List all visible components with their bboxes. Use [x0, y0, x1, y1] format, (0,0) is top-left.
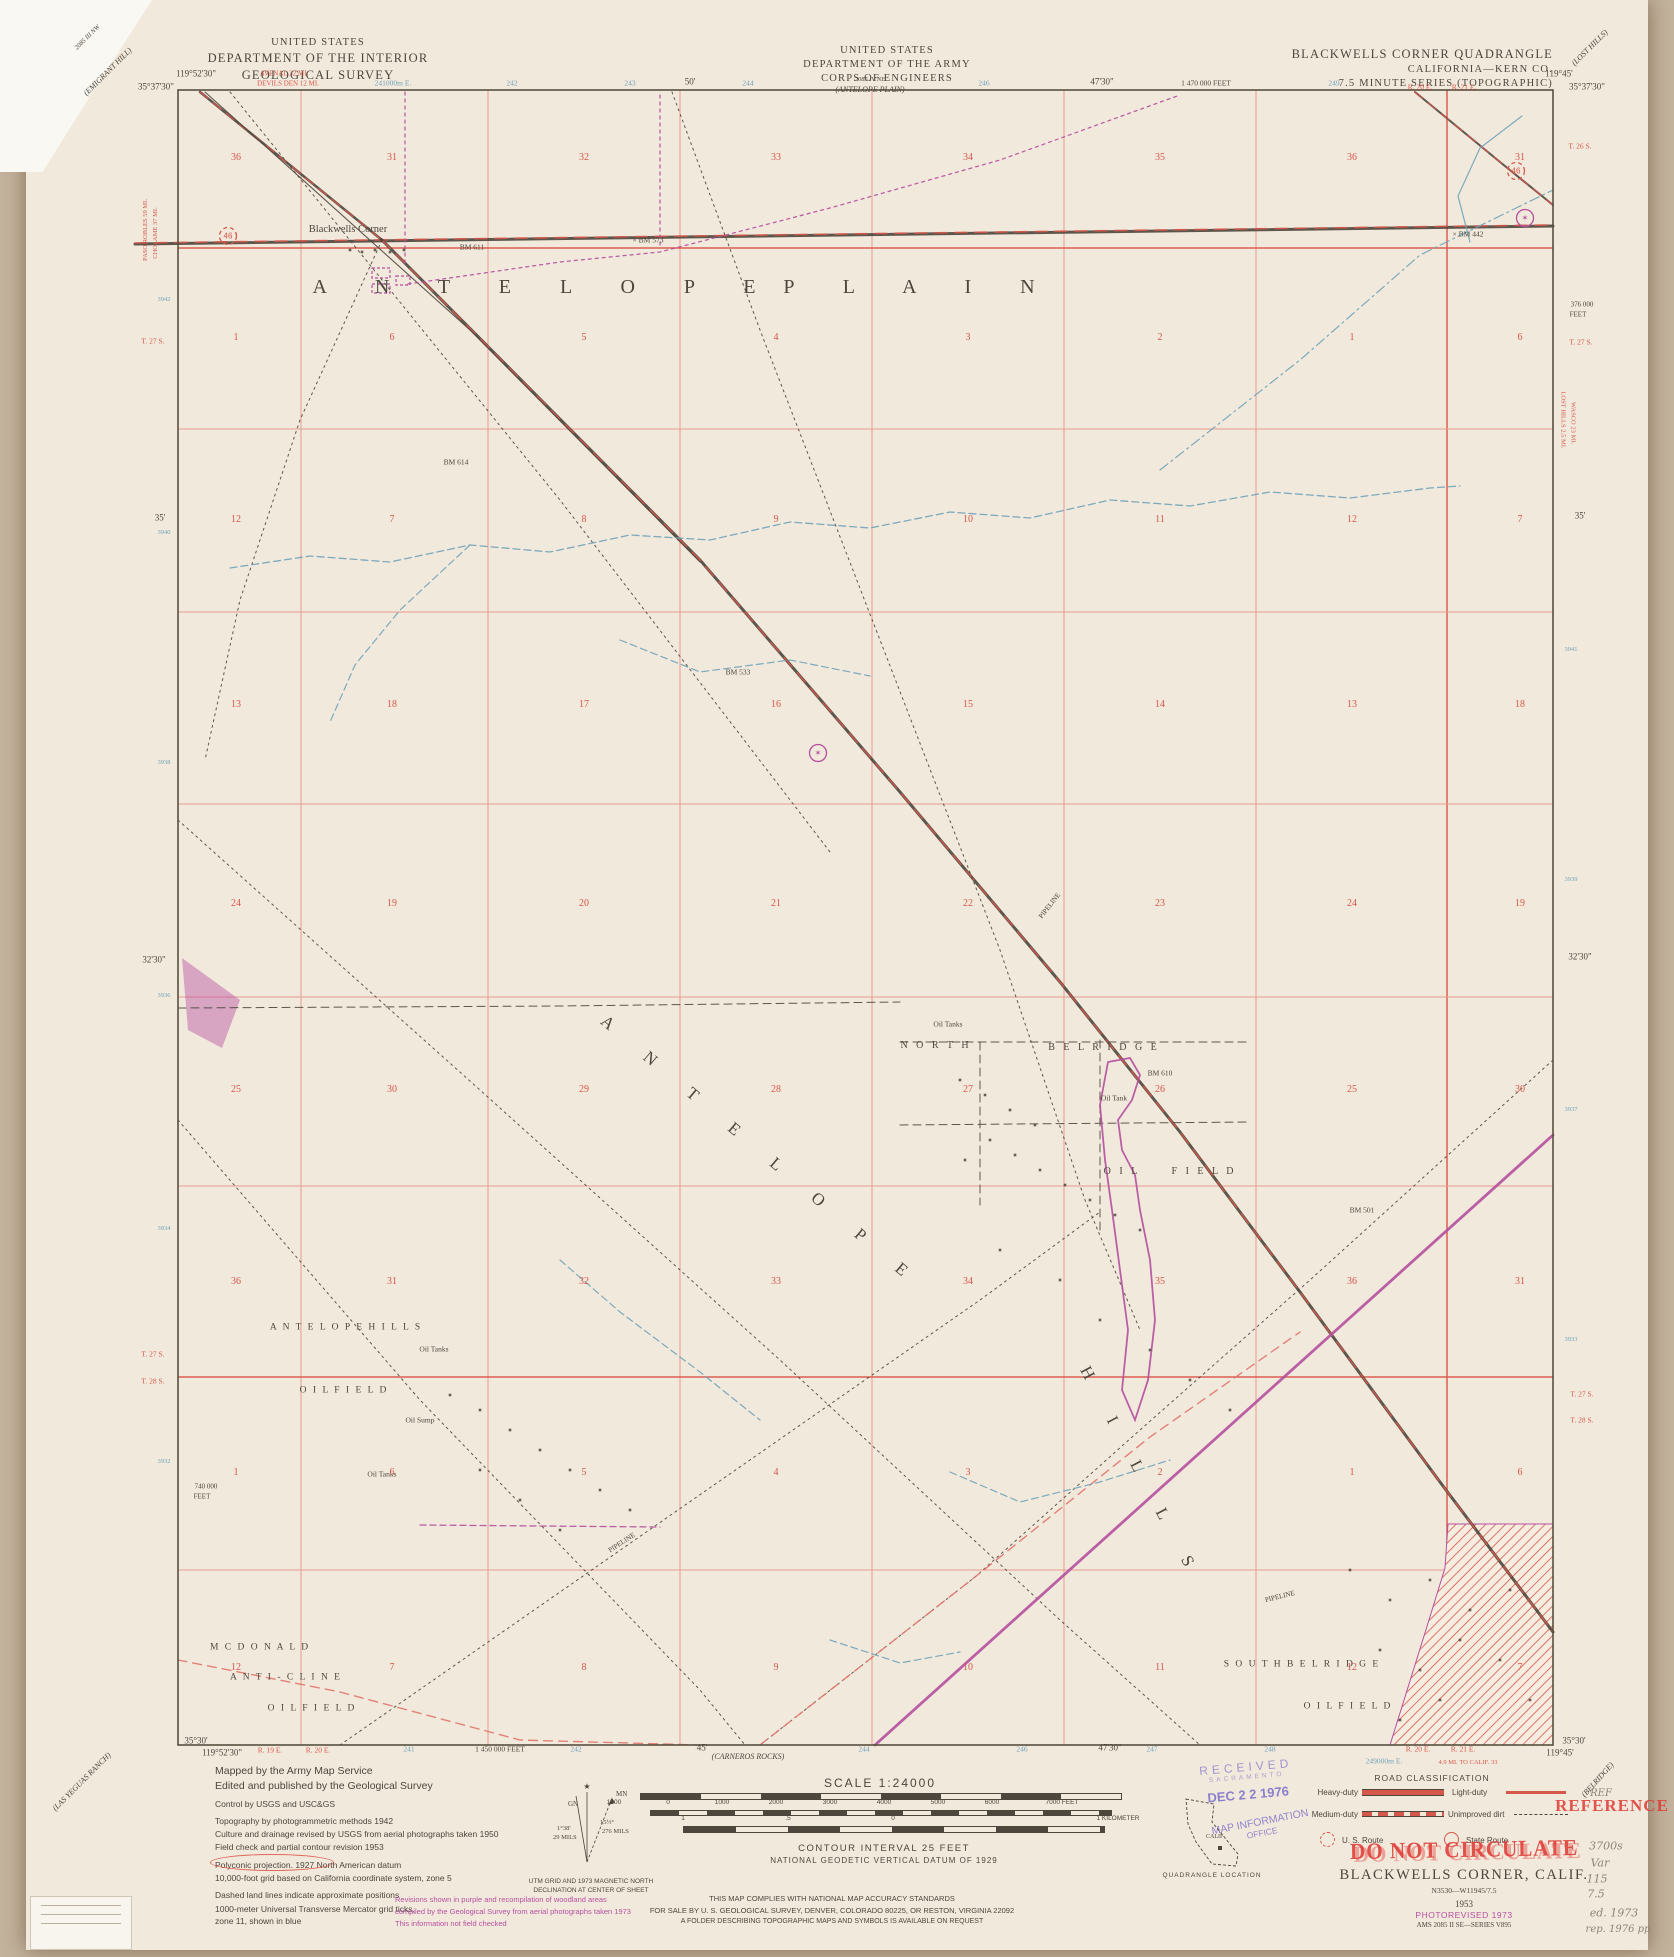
- credit-line: Edited and published by the Geological S…: [215, 1781, 433, 1792]
- legend-heavy-duty-label: Heavy-duty: [1272, 1788, 1358, 1797]
- credit-line: Field check and partial contour revision…: [215, 1843, 384, 1852]
- header-army: UNITED STATES DEPARTMENT OF THE ARMY COR…: [803, 44, 971, 87]
- light-duty-swatch: [1506, 1791, 1566, 1794]
- polyconic-red-circle-annotation: [210, 1854, 334, 1871]
- quad-title-line2: CALIFORNIA—KERN CO.: [1292, 63, 1553, 77]
- header-quadrangle-title: BLACKWELLS CORNER QUADRANGLE CALIFORNIA—…: [1292, 46, 1553, 91]
- scale-tick-label: 4000: [877, 1800, 891, 1807]
- scale-tick-label: 0: [891, 1816, 895, 1823]
- legend-unimproved-label: Unimproved dirt: [1448, 1810, 1504, 1819]
- quad-title-line3: 7.5 MINUTE SERIES (TOPOGRAPHIC): [1292, 77, 1553, 91]
- svg-text:46: 46: [224, 232, 233, 241]
- map-canvas: 4646✶✶: [0, 0, 1674, 1957]
- scanned-topo-map-sheet: 4646✶✶ UNITED STATES DEPARTMENT OF THE I…: [0, 0, 1674, 1957]
- scale-tick-label: 2000: [769, 1800, 783, 1807]
- declination-caption-line1: UTM GRID AND 1973 MAGNETIC NORTH: [529, 1878, 653, 1885]
- scale-bar-kilometers: [683, 1826, 1105, 1833]
- header-usgs-line3: GEOLOGICAL SURVEY: [208, 67, 429, 84]
- ams-series-note: AMS 2085 II SE—SERIES V895: [1417, 1921, 1512, 1929]
- header-army-line2: DEPARTMENT OF THE ARMY: [803, 58, 971, 72]
- scale-tick-label: 0: [666, 1800, 670, 1807]
- credit-line: Mapped by the Army Map Service: [215, 1766, 373, 1777]
- scale-tick-label: 6000: [985, 1800, 999, 1807]
- grid-north-label: GN: [568, 1800, 578, 1808]
- compliance-line: FOR SALE BY U. S. GEOLOGICAL SURVEY, DEN…: [650, 1907, 1014, 1915]
- compliance-line: A FOLDER DESCRIBING TOPOGRAPHIC MAPS AND…: [681, 1918, 984, 1925]
- scale-tick-label: 1 KILOMETER: [1097, 1816, 1140, 1823]
- photorevised-note: PHOTOREVISED 1973: [1415, 1910, 1512, 1920]
- heavy-duty-swatch: [1362, 1789, 1444, 1796]
- mn-angle: 15½°: [600, 1819, 614, 1826]
- margin-note-card: [30, 1896, 132, 1950]
- declination-diagram: ★ GN MN 1°38' 29 MILS 15½° 276 MILS: [545, 1778, 637, 1878]
- credit-line: 1000-meter Universal Transverse Mercator…: [215, 1905, 415, 1914]
- credit-line: 10,000-foot grid based on California coo…: [215, 1874, 452, 1883]
- mn-mils: 276 MILS: [602, 1828, 629, 1835]
- header-usgs: UNITED STATES DEPARTMENT OF THE INTERIOR…: [208, 36, 429, 84]
- map-title: BLACKWELLS CORNER, CALIF.: [1339, 1867, 1588, 1884]
- header-usgs-line2: DEPARTMENT OF THE INTERIOR: [208, 50, 429, 67]
- true-north-star-icon: ★: [583, 1782, 590, 1791]
- scale-tick-label: 7000 FEET: [1046, 1800, 1079, 1807]
- revision-note-line: Revisions shown in purple and recompilat…: [395, 1896, 607, 1904]
- header-usgs-line1: UNITED STATES: [208, 36, 429, 50]
- credit-line: Dashed land lines indicate approximate p…: [215, 1891, 399, 1900]
- legend-medium-duty-label: Medium-duty: [1272, 1810, 1358, 1819]
- scale-bar-feet: [650, 1810, 1112, 1816]
- revision-note-line: compiled by the Geological Survey from a…: [395, 1908, 631, 1916]
- us-route-shield-icon: [1320, 1832, 1335, 1847]
- credit-line: zone 11, shown in blue: [215, 1917, 301, 1926]
- header-army-line3: CORPS OF ENGINEERS: [803, 72, 971, 86]
- contour-interval-note: CONTOUR INTERVAL 25 FEET: [798, 1843, 970, 1854]
- compliance-line: THIS MAP COMPLIES WITH NATIONAL MAP ACCU…: [709, 1895, 955, 1903]
- declination-caption-line2: DECLINATION AT CENTER OF SHEET: [533, 1887, 648, 1894]
- header-army-line1: UNITED STATES: [803, 44, 971, 58]
- credit-line: Culture and drainage revised by USGS fro…: [215, 1830, 499, 1839]
- map-coordinates-id: N3530—W11945/7.5: [1432, 1886, 1497, 1895]
- credit-line: Topography by photogrammetric methods 19…: [215, 1817, 393, 1826]
- map-year: 1953: [1455, 1899, 1473, 1909]
- scale-tick-label: .5: [785, 1816, 790, 1823]
- vertical-datum-note: NATIONAL GEODETIC VERTICAL DATUM OF 1929: [770, 1856, 997, 1865]
- do-not-circulate-stamp: DO NOT CIRCULATE: [1350, 1835, 1578, 1865]
- gn-angle: 1°38': [557, 1825, 571, 1832]
- quad-location-marker: [1218, 1846, 1222, 1850]
- medium-duty-swatch: [1362, 1811, 1444, 1817]
- scale-tick-label: 3000: [823, 1800, 837, 1807]
- quadrangle-location-caption: QUADRANGLE LOCATION: [1162, 1872, 1261, 1879]
- scale-tick-label: 1: [681, 1816, 685, 1823]
- reference-stamp: REFERENCE: [1555, 1796, 1669, 1816]
- state-abbrev: CALIF: [1206, 1834, 1224, 1840]
- quadrangle-location-map: CALIF: [1182, 1796, 1242, 1870]
- gn-mils: 29 MILS: [553, 1834, 577, 1841]
- quad-title-line1: BLACKWELLS CORNER QUADRANGLE: [1292, 46, 1553, 63]
- credit-line: Control by USGS and USC&GS: [215, 1800, 335, 1809]
- svg-text:✶: ✶: [815, 749, 822, 758]
- road-classification-title: ROAD CLASSIFICATION: [1374, 1773, 1489, 1783]
- magnetic-north-label: MN: [616, 1790, 627, 1798]
- svg-text:46: 46: [1512, 167, 1521, 176]
- svg-text:✶: ✶: [1522, 214, 1529, 223]
- revision-note-line: This information not field checked: [395, 1920, 507, 1928]
- scale-tick-label: 1000: [607, 1800, 621, 1807]
- scale-tick-label: 5000: [931, 1800, 945, 1807]
- scale-tick-label: 1000: [715, 1800, 729, 1807]
- scale-title: SCALE 1:24000: [824, 1776, 936, 1790]
- legend-light-duty-label: Light-duty: [1452, 1788, 1487, 1797]
